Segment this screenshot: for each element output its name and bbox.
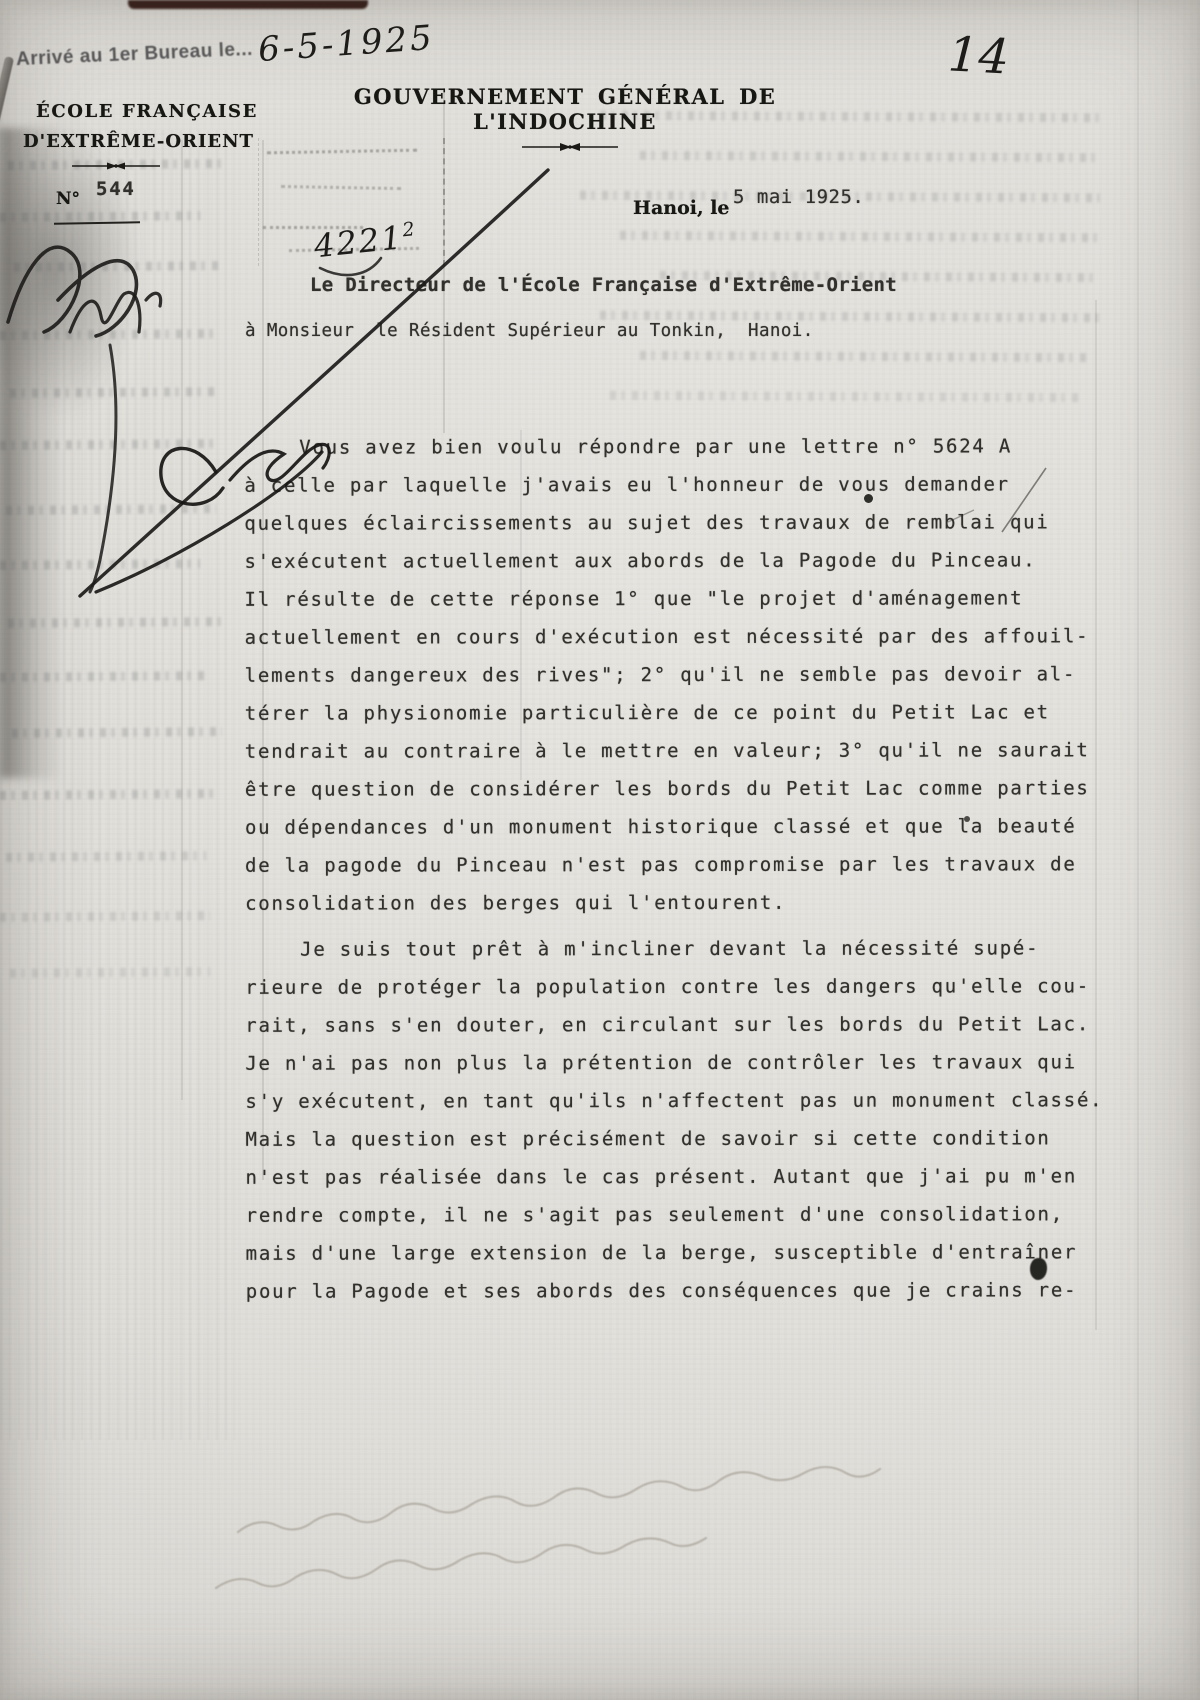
- pencil-note-lines: [216, 1467, 880, 1588]
- handwriting-overlay: [0, 0, 1200, 1700]
- scanned-letter-page: Arrivé au 1er Bureau le... 6-5-1925 14 É…: [0, 0, 1200, 1700]
